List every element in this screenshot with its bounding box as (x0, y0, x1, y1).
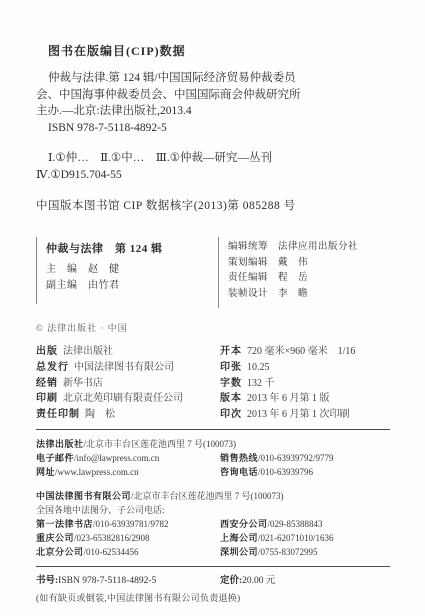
staff-line: 策划编辑 戴 伟 (228, 256, 358, 272)
book-title: 仲裁与法律 第 124 辑 (46, 240, 218, 256)
branch-cell: 重庆公司/023-65382816/2908 (36, 531, 220, 545)
pub-row: 总发行中国法律图书有限公司 (36, 360, 220, 376)
branch-cell: 深圳公司/0755-83072995 (220, 545, 318, 559)
cip-line: 仲裁与法律.第 124 辑/中国国际经济贸易仲裁委员 (36, 70, 390, 87)
publication-right-column: 开本720 毫米×960 毫米 1/16 印张10.25 字数132 千 版本2… (220, 344, 390, 423)
cip-paragraph: 仲裁与法律.第 124 辑/中国国际经济贸易仲裁委员 会、中国海事仲裁委员会、中… (36, 70, 390, 136)
cip-record-number: 中国版本图书馆 CIP 数据核字(2013)第 085288 号 (36, 197, 390, 213)
pub-row: 经销新华书店 (36, 376, 220, 392)
divider-rule (36, 566, 390, 567)
contact-block: 法律出版社/北京市丰台区莲花池西里 7 号(100073) 电子邮件/info@… (36, 437, 390, 560)
replacement-note: (如有缺页或倒装,中国法律图书有限公司负责退换) (36, 591, 390, 604)
branch-cell: 西安分公司/029-85388843 (220, 517, 323, 531)
isbn-cell: 书号:ISBN 978-7-5118-4892-5 (36, 574, 220, 588)
pub-row: 字数132 千 (220, 376, 390, 392)
masthead-box: 仲裁与法律 第 124 辑 主 编 赵 健 副主编 由竹君 编辑统筹 法律应用出… (36, 237, 390, 308)
branch-cell: 上海公司/021-62071010/1636 (220, 531, 334, 545)
cip-heading: 图书在版编目(CIP)数据 (48, 42, 390, 59)
email-cell: 电子邮件/info@lawpress.com.cn (36, 451, 220, 465)
price-cell: 定价:20.00 元 (220, 574, 275, 588)
branch-row: 重庆公司/023-65382816/2908 上海公司/021-62071010… (36, 531, 390, 545)
branch-cell: 第一法律书店/010-63939781/9782 (36, 517, 220, 531)
divider-rule (36, 429, 390, 430)
staff-line: 装帧设计 李 瞻 (228, 287, 358, 303)
chief-editor-line: 主 编 赵 健 (46, 262, 218, 278)
pub-row: 责任印制陶 松 (36, 407, 220, 423)
cip-class-line: Ⅰ.①仲… Ⅱ.①中… Ⅲ.①仲裁—研究—丛刊 (36, 150, 390, 167)
staff-line: 编辑统筹 法律应用出版分社 (228, 240, 358, 256)
publication-details: 出版法律出版社 总发行中国法律图书有限公司 经销新华书店 印刷北京北苑印刷有限责… (36, 344, 390, 423)
website-cell: 网址/www.lawpress.com.cn (36, 465, 220, 479)
publication-left-column: 出版法律出版社 总发行中国法律图书有限公司 经销新华书店 印刷北京北苑印刷有限责… (36, 344, 220, 423)
branch-row: 第一法律书店/010-63939781/9782 西安分公司/029-85388… (36, 517, 390, 531)
press-address-row: 法律出版社/北京市丰台区莲花池西里 7 号(100073) (36, 437, 390, 451)
branch-cell: 北京分公司/010-62534456 (36, 545, 220, 559)
branch-row: 北京分公司/010-62534456 深圳公司/0755-83072995 (36, 545, 390, 559)
deputy-editor-line: 副主编 由竹君 (46, 278, 218, 294)
cip-line: 主办.—北京:法律出版社,2013.4 (36, 103, 390, 120)
branches-heading-row: 全国各地中法图分、子公司电话: (36, 503, 390, 517)
website-inquiry-row: 网址/www.lawpress.com.cn 咨询电话/010-63939796 (36, 465, 390, 479)
pub-row: 印次2013 年 6 月第 1 次印刷 (220, 407, 390, 423)
cip-classification: Ⅰ.①仲… Ⅱ.①中… Ⅲ.①仲裁—研究—丛刊 Ⅳ.①D915.704-55 (36, 150, 390, 183)
email-hotline-row: 电子邮件/info@lawpress.com.cn 销售热线/010-63939… (36, 451, 390, 465)
company-address-row: 中国法律图书有限公司/北京市丰台区莲花池西里 7 号(100073) (36, 489, 390, 503)
pub-row: 出版法律出版社 (36, 344, 220, 360)
inquiry-cell: 咨询电话/010-63939796 (220, 465, 313, 479)
staff-line: 责任编辑 程 岳 (228, 271, 358, 287)
isbn-price-row: 书号:ISBN 978-7-5118-4892-5 定价:20.00 元 (36, 574, 390, 588)
spacer (36, 480, 390, 489)
cip-isbn-line: ISBN 978-7-5118-4892-5 (36, 120, 390, 137)
pub-row: 版本2013 年 6 月第 1 版 (220, 391, 390, 407)
cip-line: 会、中国海事仲裁委员会、中国国际商会仲裁研究所 (36, 87, 390, 104)
masthead-editors-column: 仲裁与法律 第 124 辑 主 编 赵 健 副主编 由竹君 (36, 237, 218, 304)
footer-block: 书号:ISBN 978-7-5118-4892-5 定价:20.00 元 (如有… (36, 574, 390, 604)
masthead-staff-column: 编辑统筹 法律应用出版分社 策划编辑 戴 伟 责任编辑 程 岳 装帧设计 李 瞻 (218, 237, 358, 308)
copyright-notice: © 法律出版社 · 中国 (36, 321, 390, 334)
pub-row: 印张10.25 (220, 360, 390, 376)
pub-row: 印刷北京北苑印刷有限责任公司 (36, 391, 220, 407)
hotline-cell: 销售热线/010-63939792/9779 (220, 451, 334, 465)
cip-class-line: Ⅳ.①D915.704-55 (36, 167, 390, 184)
copyright-page: 图书在版编目(CIP)数据 仲裁与法律.第 124 辑/中国国际经济贸易仲裁委员… (0, 0, 425, 616)
pub-row: 开本720 毫米×960 毫米 1/16 (220, 344, 390, 360)
